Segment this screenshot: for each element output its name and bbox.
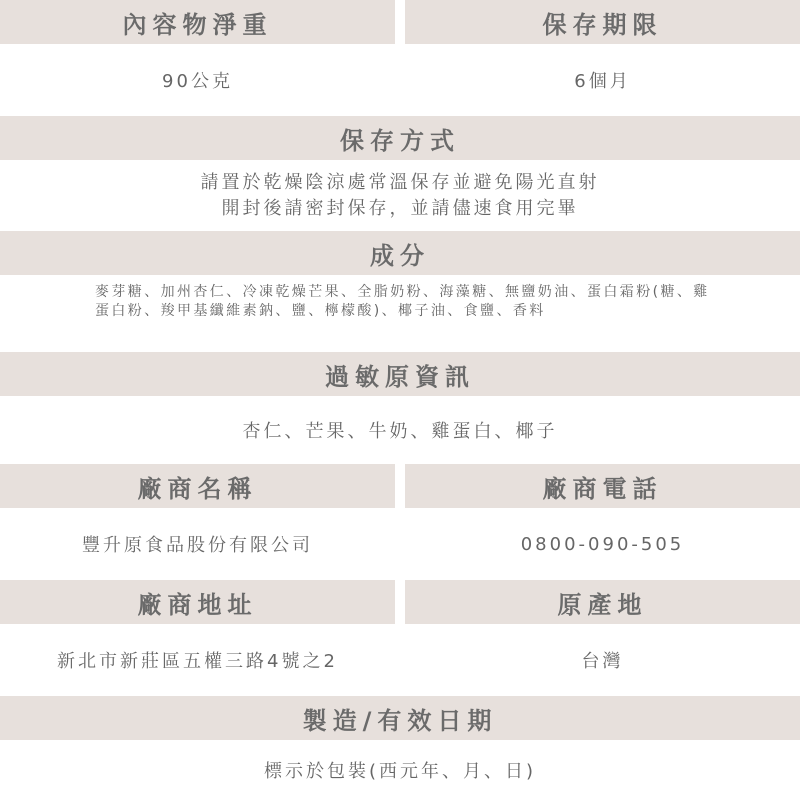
origin-cell: 台灣 [405, 624, 800, 696]
origin-value: 台灣 [582, 647, 624, 673]
ingredients-value: 麥芽糖、加州杏仁、冷凍乾燥芒果、全脂奶粉、海藻糖、無鹽奶油、蛋白霜粉(糖、雞蛋白… [95, 284, 710, 319]
ingredients-label: 成分 [370, 236, 430, 271]
net-weight-header: 內容物淨重 [0, 0, 395, 44]
manufacturer-phone-cell: 0800-090-505 [405, 508, 800, 580]
manufacturer-address-value: 新北市新莊區五權三路4號之2 [57, 647, 338, 673]
ingredients-header: 成分 [0, 231, 800, 275]
origin-header: 原產地 [405, 580, 800, 624]
manufacturer-name-header: 廠商名稱 [0, 464, 395, 508]
dates-value: 標示於包裝(西元年、月、日) [264, 757, 536, 783]
manufacturer-phone-value: 0800-090-505 [521, 534, 685, 555]
allergens-cell: 杏仁、芒果、牛奶、雞蛋白、椰子 [0, 396, 800, 464]
origin-label: 原產地 [558, 585, 648, 620]
manufacturer-phone-label: 廠商電話 [543, 469, 663, 504]
storage-line-2: 開封後請密封保存，並請儘速食用完畢 [222, 196, 579, 222]
dates-cell: 標示於包裝(西元年、月、日) [0, 740, 800, 800]
storage-cell: 請置於乾燥陰涼處常溫保存並避免陽光直射 開封後請密封保存，並請儘速食用完畢 [0, 160, 800, 231]
shelf-life-cell: 6個月 [405, 44, 800, 116]
manufacturer-address-cell: 新北市新莊區五權三路4號之2 [0, 624, 395, 696]
dates-label: 製造/有效日期 [303, 701, 498, 736]
shelf-life-label: 保存期限 [543, 5, 663, 40]
allergens-label: 過敏原資訊 [325, 357, 475, 392]
ingredients-cell: 麥芽糖、加州杏仁、冷凍乾燥芒果、全脂奶粉、海藻糖、無鹽奶油、蛋白霜粉(糖、雞蛋白… [0, 275, 800, 352]
manufacturer-name-cell: 豐升原食品股份有限公司 [0, 508, 395, 580]
allergens-header: 過敏原資訊 [0, 352, 800, 396]
shelf-life-header: 保存期限 [405, 0, 800, 44]
storage-label: 保存方式 [340, 121, 460, 156]
net-weight-cell: 90公克 [0, 44, 395, 116]
net-weight-value: 90公克 [162, 67, 233, 93]
manufacturer-name-label: 廠商名稱 [138, 469, 258, 504]
manufacturer-address-header: 廠商地址 [0, 580, 395, 624]
storage-header: 保存方式 [0, 116, 800, 160]
dates-header: 製造/有效日期 [0, 696, 800, 740]
allergens-value: 杏仁、芒果、牛奶、雞蛋白、椰子 [243, 417, 558, 443]
shelf-life-value: 6個月 [574, 67, 630, 93]
manufacturer-phone-header: 廠商電話 [405, 464, 800, 508]
manufacturer-address-label: 廠商地址 [138, 585, 258, 620]
manufacturer-name-value: 豐升原食品股份有限公司 [82, 531, 313, 557]
net-weight-label: 內容物淨重 [123, 5, 273, 40]
storage-line-1: 請置於乾燥陰涼處常溫保存並避免陽光直射 [201, 170, 600, 196]
